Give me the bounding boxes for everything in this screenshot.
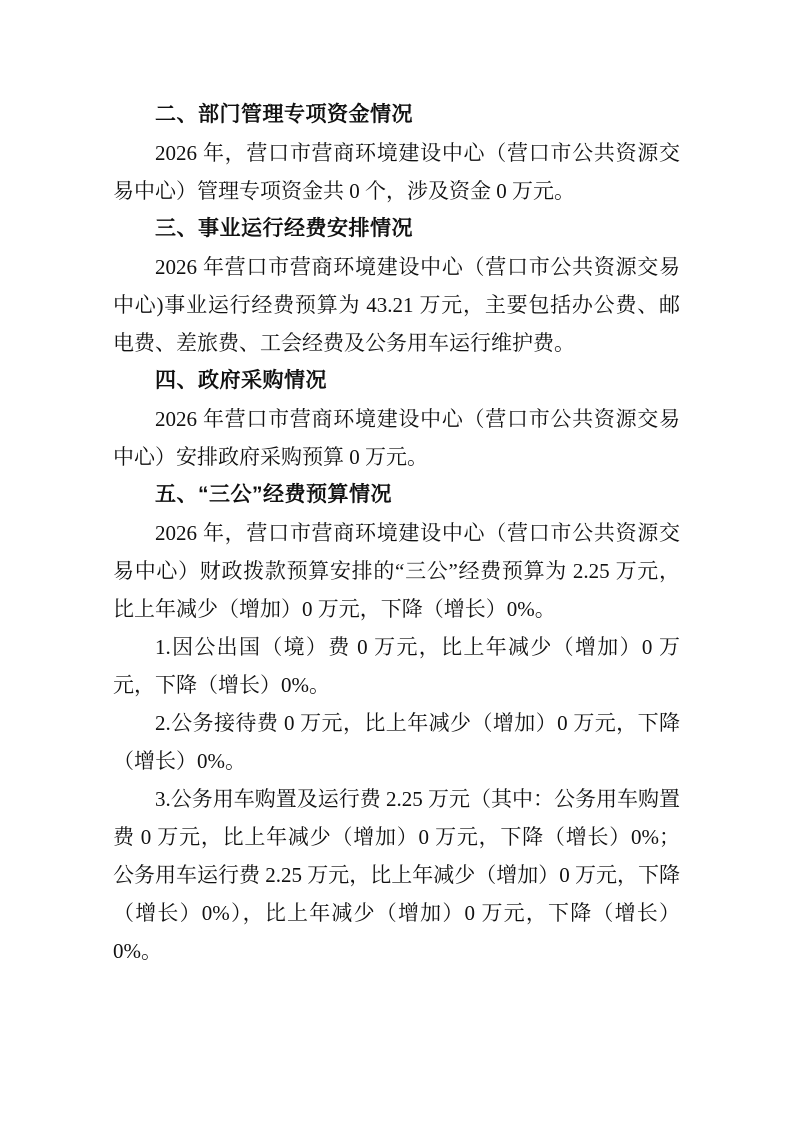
section-heading-operating-expense-arrangement: 三、事业运行经费安排情况 [113, 210, 680, 248]
section-heading-government-procurement: 四、政府采购情况 [113, 362, 680, 400]
paragraph-managed-special-funds: 2026 年，营口市营商环境建设中心（营口市公共资源交易中心）管理专项资金共 0… [113, 134, 680, 210]
document-content: 二、部门管理专项资金情况 2026 年，营口市营商环境建设中心（营口市公共资源交… [113, 96, 680, 970]
paragraph-item-3-official-vehicle-expense: 3.公务用车购置及运行费 2.25 万元（其中：公务用车购置费 0 万元，比上年… [113, 780, 680, 970]
section-heading-managed-special-funds: 二、部门管理专项资金情况 [113, 96, 680, 134]
paragraph-three-public-expenses-overview: 2026 年，营口市营商环境建设中心（营口市公共资源交易中心）财政拨款预算安排的… [113, 514, 680, 628]
paragraph-operating-expense-arrangement: 2026 年营口市营商环境建设中心（营口市公共资源交易中心)事业运行经费预算为 … [113, 248, 680, 362]
paragraph-item-1-overseas-travel-expense: 1.因公出国（境）费 0 万元，比上年减少（增加）0 万元，下降（增长）0%。 [113, 628, 680, 704]
paragraph-item-2-official-reception-expense: 2.公务接待费 0 万元，比上年减少（增加）0 万元，下降（增长）0%。 [113, 704, 680, 780]
document-page: 二、部门管理专项资金情况 2026 年，营口市营商环境建设中心（营口市公共资源交… [0, 0, 793, 1122]
section-heading-three-public-expenses-budget: 五、“三公”经费预算情况 [113, 476, 680, 514]
paragraph-government-procurement: 2026 年营口市营商环境建设中心（营口市公共资源交易中心）安排政府采购预算 0… [113, 400, 680, 476]
